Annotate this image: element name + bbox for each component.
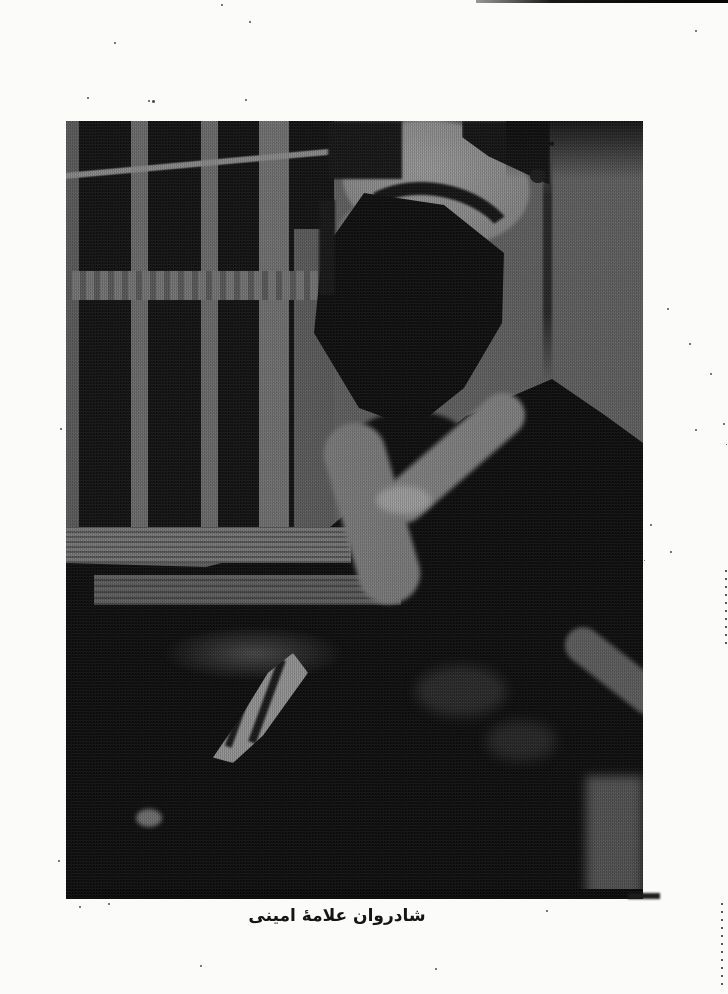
scan-speck <box>79 906 81 908</box>
sleeve-bright-spot <box>376 486 431 514</box>
scan-speck <box>689 343 691 345</box>
scan-speck <box>710 373 712 375</box>
scan-speck <box>695 429 697 431</box>
scan-speck <box>435 968 437 970</box>
scan-speck <box>245 99 247 101</box>
scan-artifact-smear <box>628 893 660 899</box>
window-frame-edge-dark <box>319 200 335 295</box>
dark-background-patch-left <box>328 121 402 179</box>
scan-speck <box>723 423 725 425</box>
scan-artifact-dotted-right <box>725 570 727 650</box>
ledge-texture <box>161 626 346 681</box>
scan-speck <box>87 97 89 99</box>
scan-speck <box>114 42 116 44</box>
scan-artifact-dotted-right <box>721 903 723 989</box>
scan-speck <box>249 21 251 23</box>
window-sill <box>66 527 351 563</box>
window-frame-left <box>66 121 79 563</box>
window-muntin <box>201 121 218 563</box>
scan-speck <box>644 560 645 561</box>
scan-speck <box>695 30 697 32</box>
scan-speck <box>60 428 62 430</box>
window-post <box>259 121 289 563</box>
window-muntin <box>131 121 148 563</box>
scan-speck <box>667 308 669 310</box>
scan-speck <box>726 444 727 445</box>
scan-speck <box>58 860 60 862</box>
small-highlight-blob <box>136 809 162 827</box>
scan-speck <box>546 910 548 912</box>
scan-speck <box>221 4 223 6</box>
right-edge-gray-patch <box>586 776 643 899</box>
scan-speck <box>670 551 672 553</box>
scan-speck <box>148 100 150 102</box>
faint-robe-texture <box>416 666 506 716</box>
scan-speck <box>650 524 652 526</box>
scanned-page: شادروان علامۀ امینی <box>0 0 728 994</box>
scan-speck <box>200 965 202 967</box>
scan-speck <box>152 100 155 103</box>
photo-caption: شادروان علامۀ امینی <box>248 906 425 926</box>
ledge-band <box>94 575 401 605</box>
background-vertical-streak <box>543 149 552 384</box>
scan-speck <box>108 903 110 905</box>
window-rail <box>66 271 334 300</box>
portrait-photo <box>66 121 643 899</box>
scan-artifact-top-edge <box>476 0 728 3</box>
faint-robe-texture <box>486 721 556 761</box>
top-right-corner-shade <box>506 121 643 179</box>
photo-bottom-dark-edge <box>66 889 643 899</box>
